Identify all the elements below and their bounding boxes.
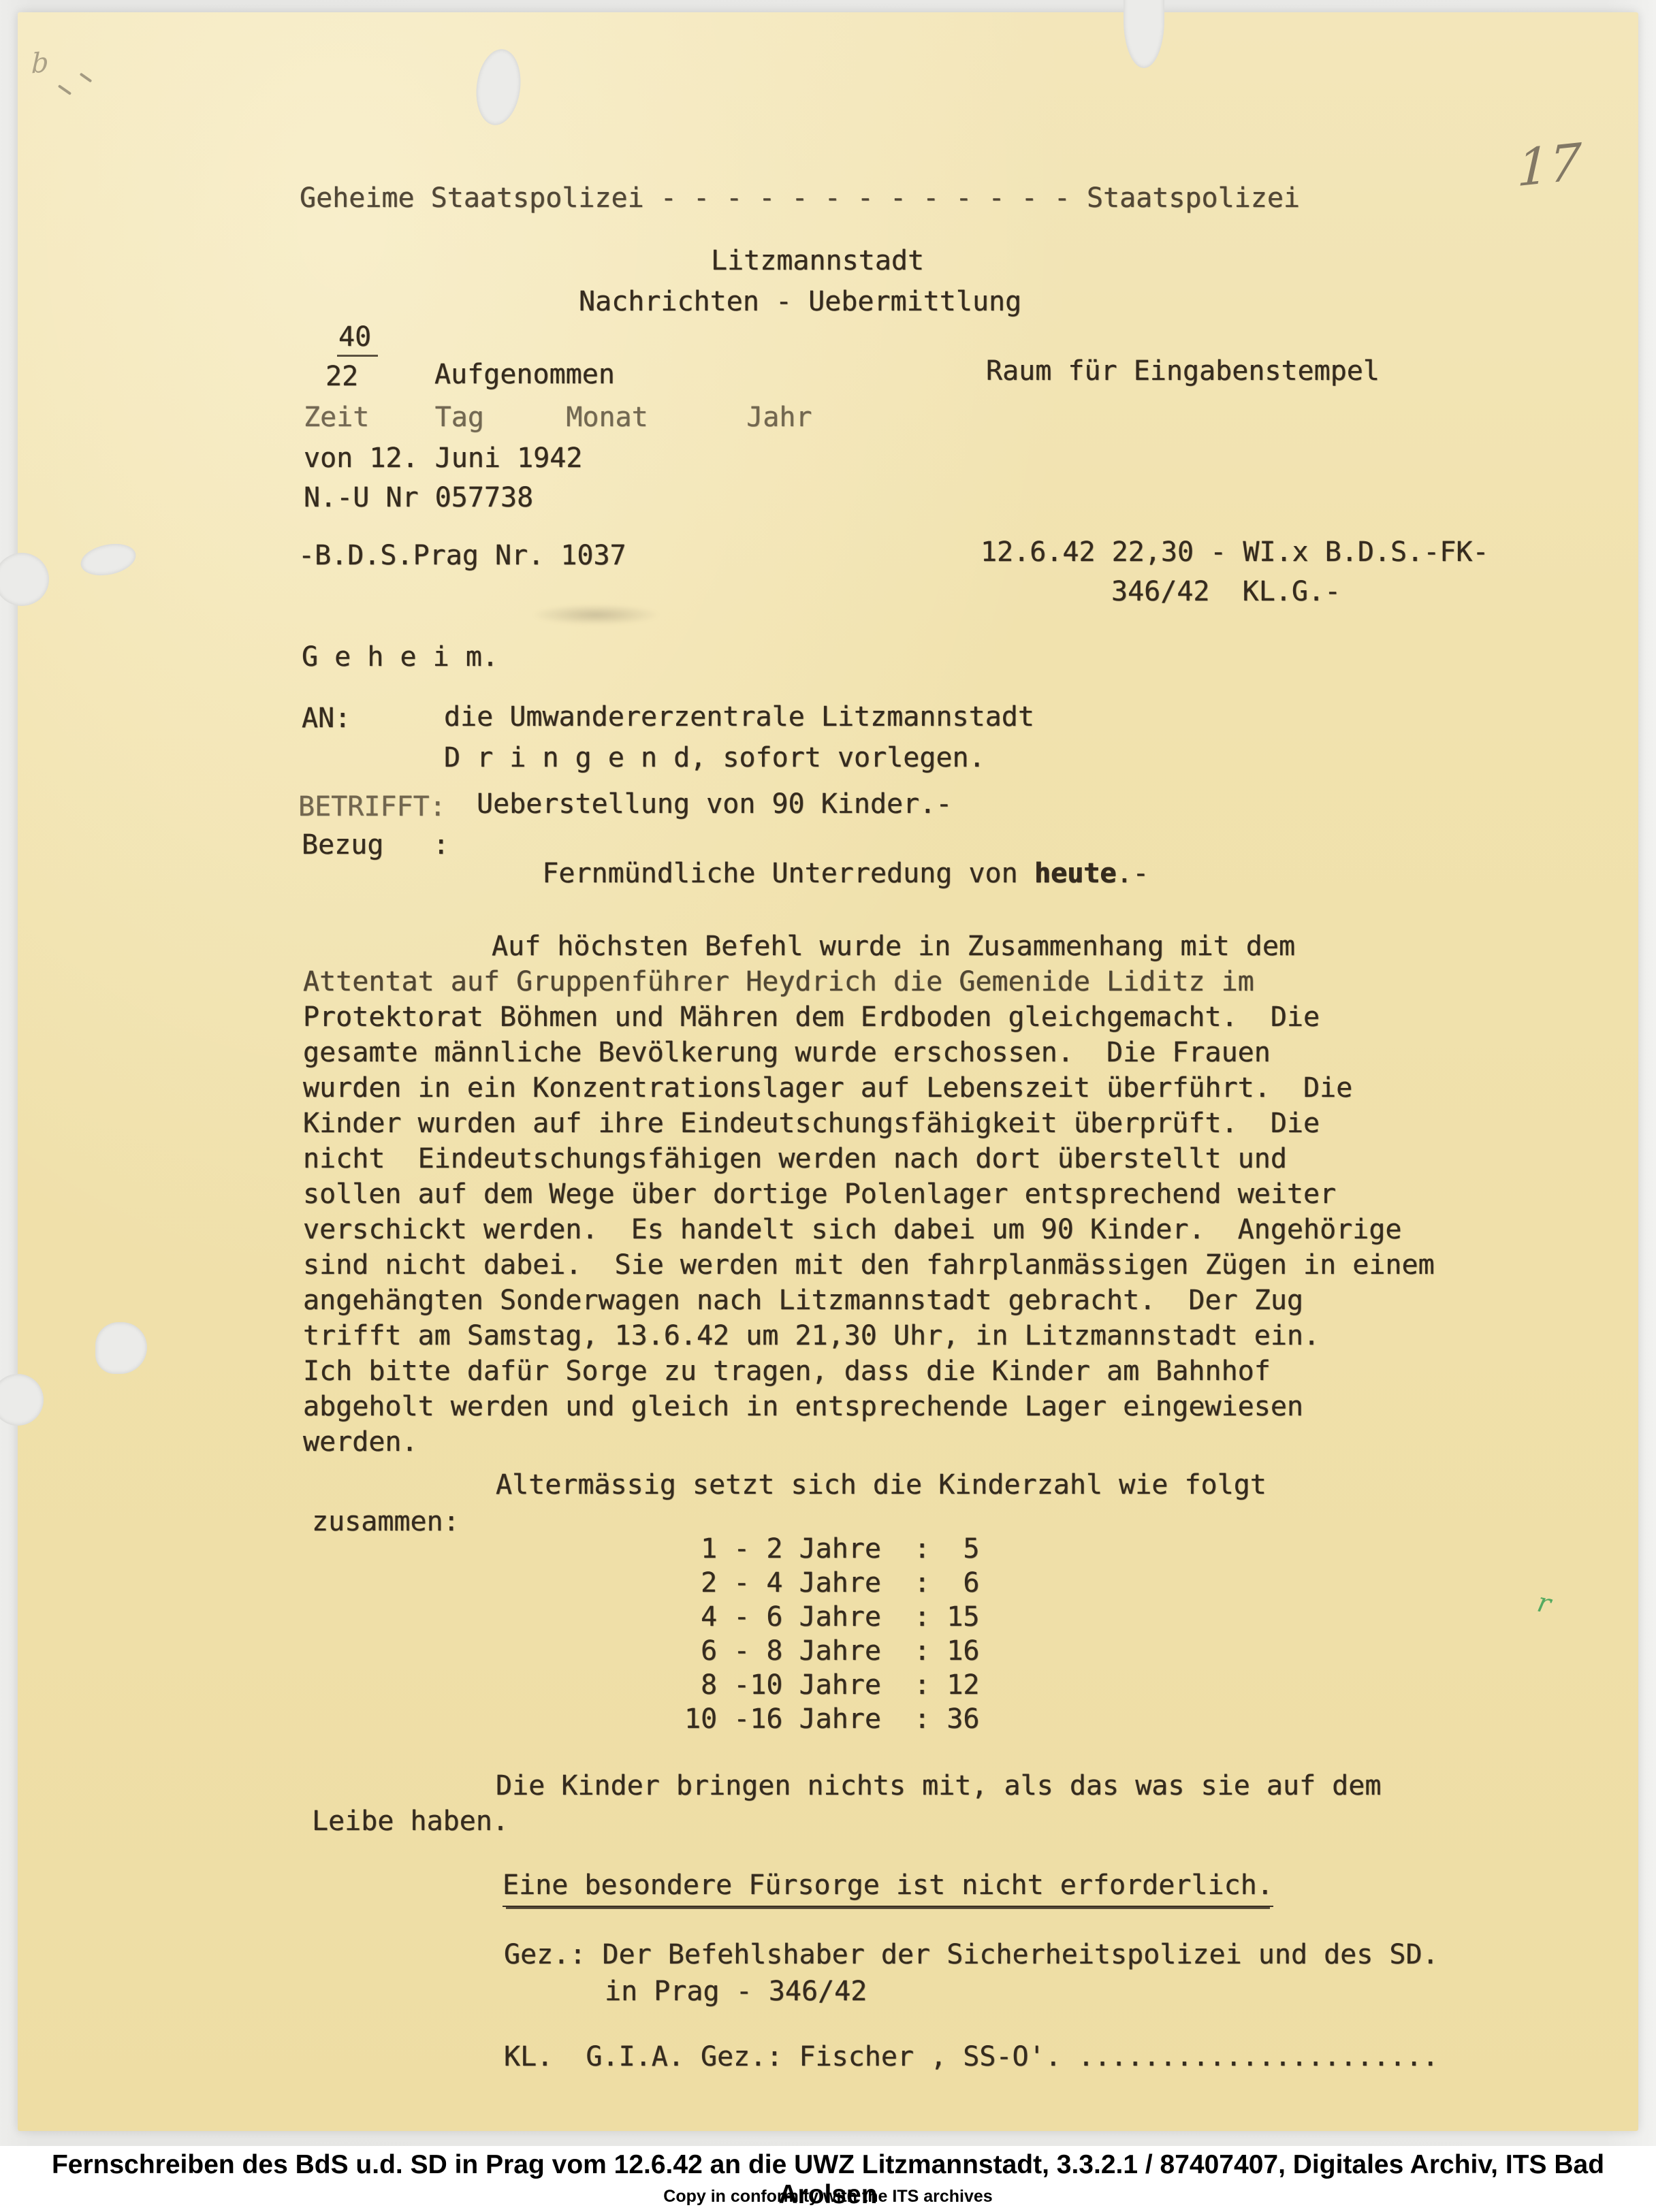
age-table-row: 8 -10 Jahre : 12 — [684, 1669, 979, 1701]
age-table-row: 6 - 8 Jahre : 16 — [684, 1635, 979, 1667]
stamp-number-top: 40 — [337, 321, 378, 353]
ages-intro-line2: zusammen: — [312, 1506, 460, 1537]
scan-background: 17 b r Geheime Staatspolizei - - - - - -… — [0, 0, 1656, 2212]
line-nu-number: N.-U Nr 057738 — [304, 482, 533, 513]
age-table-row: 1 - 2 Jahre : 5 — [684, 1533, 979, 1565]
body-line: sollen auf dem Wege über dortige Polenla… — [303, 1179, 1336, 1210]
footer-conformity: Copy in conformity with the ITS archives — [0, 2187, 1656, 2207]
label-date-fields: Zeit Tag Monat Jahr — [304, 402, 812, 433]
body-line: abgeholt werden und gleich in entspreche… — [303, 1391, 1303, 1422]
body-line: verschickt werden. Es handelt sich dabei… — [303, 1214, 1402, 1245]
label-stamp-area: Raum für Eingabenstempel — [986, 355, 1380, 387]
body-line: werden. — [303, 1426, 418, 1458]
closing-line2: Leibe haben. — [312, 1806, 509, 1837]
bezug-label: Bezug : — [302, 829, 449, 861]
ages-intro-line1: Altermässig setzt sich die Kinderzahl wi… — [496, 1469, 1267, 1501]
ref-kl-number: 346/42 KL.G.- — [1111, 576, 1341, 607]
stamp-number-top-value: 40 — [337, 321, 378, 357]
document-paper — [18, 12, 1638, 2131]
emphasis-text: Eine besondere Fürsorge ist nicht erford… — [503, 1870, 1273, 1907]
body-line: Kinder wurden auf ihre Eindeutschungsfäh… — [303, 1108, 1320, 1139]
body-line: gesamte männliche Bevölkerung wurde ersc… — [303, 1037, 1271, 1068]
line-von-date: von 12. Juni 1942 — [304, 443, 582, 474]
closing-line1: Die Kinder bringen nichts mit, als das w… — [496, 1770, 1381, 1801]
urgency-line: D r i n g e n d, sofort vorlegen. — [444, 742, 985, 773]
ink-smudge — [531, 605, 660, 625]
body-line: Auf höchsten Befehl wurde in Zusammenhan… — [492, 931, 1295, 962]
body-line: Attentat auf Gruppenführer Heydrich die … — [303, 966, 1254, 997]
pencil-page-number: 17 — [1516, 133, 1582, 199]
body-line: sind nicht dabei. Sie werden mit den fah… — [303, 1249, 1435, 1281]
bezug-heute-bold: heute — [1034, 858, 1116, 889]
an-label: AN: — [302, 703, 351, 734]
final-line: KL. G.I.A. Gez.: Fischer , SS-O'. ......… — [504, 2041, 1439, 2072]
ref-bds-prag: -B.D.S.Prag Nr. 1037 — [298, 540, 626, 571]
classification-geheim: G e h e i m. — [302, 641, 498, 673]
body-line: wurden in ein Konzentrationslager auf Le… — [303, 1072, 1352, 1104]
body-line: Ich bitte dafür Sorge zu tragen, dass di… — [303, 1356, 1271, 1387]
header-line-police: Geheime Staatspolizei - - - - - - - - - … — [300, 182, 1300, 214]
bezug-text: Fernmündliche Unterredung von — [542, 858, 1034, 889]
body-line: trifft am Samstag, 13.6.42 um 21,30 Uhr,… — [303, 1320, 1320, 1351]
age-table-row: 10 -16 Jahre : 36 — [684, 1703, 979, 1735]
header-nachrichten: Nachrichten - Uebermittlung — [579, 286, 1021, 317]
body-line: angehängten Sonderwagen nach Litzmannsta… — [303, 1285, 1303, 1316]
signature-line1: Gez.: Der Befehlshaber der Sicherheitspo… — [504, 1939, 1439, 1970]
header-litzmannstadt: Litzmannstadt — [711, 245, 924, 276]
age-table-row: 2 - 4 Jahre : 6 — [684, 1567, 979, 1599]
ref-datetime: 12.6.42 22,30 - WI.x B.D.S.-FK- — [981, 536, 1489, 568]
emphasis-underlined: Eine besondere Fürsorge ist nicht erford… — [503, 1870, 1273, 1901]
bezug-suffix: .- — [1116, 858, 1149, 889]
label-aufgenommen: Aufgenommen — [434, 359, 615, 390]
body-line: nicht Eindeutschungsfähigen werden nach … — [303, 1143, 1287, 1174]
bezug-value: Fernmündliche Unterredung von heute.- — [477, 827, 1149, 920]
an-value: die Umwandererzentrale Litzmannstadt — [444, 701, 1034, 733]
betrifft-value: Ueberstellung von 90 Kinder.- — [477, 788, 952, 820]
betrifft-label: BETRIFFT: — [298, 791, 446, 822]
body-line: Protektorat Böhmen und Mähren dem Erdbod… — [303, 1001, 1320, 1033]
stamp-number-bottom: 22 — [325, 361, 358, 392]
pencil-corner-scribble: b — [31, 46, 49, 80]
signature-line2: in Prag - 346/42 — [605, 1976, 867, 2007]
age-table-row: 4 - 6 Jahre : 15 — [684, 1601, 979, 1633]
